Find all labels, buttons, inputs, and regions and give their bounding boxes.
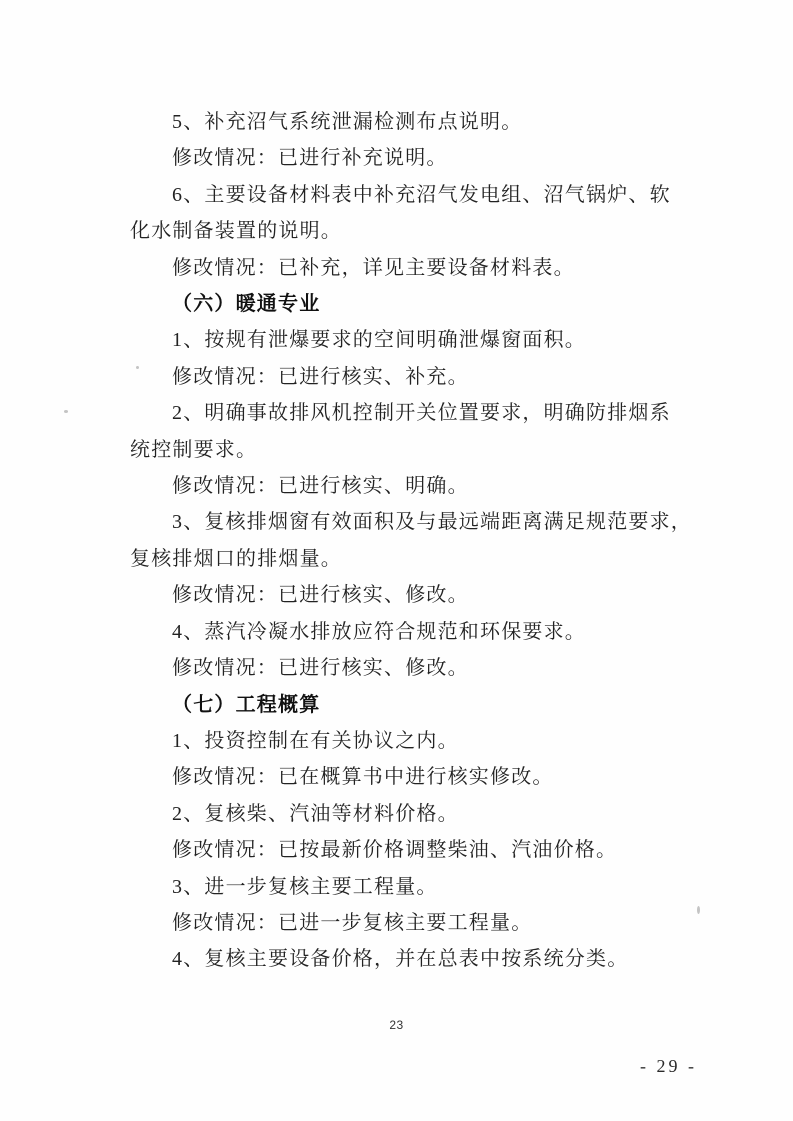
page-number-outer: - 29 - <box>640 1056 697 1077</box>
paragraph: 修改情况：已进行核实、明确。 <box>130 468 708 504</box>
page-number-inner: 23 <box>0 1018 793 1032</box>
paragraph: 2、明确事故排风机控制开关位置要求，明确防排烟系 统控制要求。 <box>130 395 708 468</box>
paragraph: 修改情况：已按最新价格调整柴油、汽油价格。 <box>130 832 708 868</box>
paragraph: 5、补充沼气系统泄漏检测布点说明。 <box>130 104 708 140</box>
paragraph: 修改情况：已进行核实、修改。 <box>130 577 708 613</box>
paragraph: 修改情况：已进行核实、补充。 <box>130 359 708 395</box>
paragraph: （六）暖通专业 <box>130 286 708 322</box>
paragraph: 4、蒸汽冷凝水排放应符合规范和环保要求。 <box>130 614 708 650</box>
paragraph: 1、投资控制在有关协议之内。 <box>130 723 708 759</box>
paragraph: 1、按规有泄爆要求的空间明确泄爆窗面积。 <box>130 322 708 358</box>
paragraph: 3、进一步复核主要工程量。 <box>130 869 708 905</box>
document-body: 5、补充沼气系统泄漏检测布点说明。修改情况：已进行补充说明。6、主要设备材料表中… <box>130 104 708 978</box>
document-page: 5、补充沼气系统泄漏检测布点说明。修改情况：已进行补充说明。6、主要设备材料表中… <box>0 0 793 1121</box>
scan-speck <box>64 410 68 413</box>
paragraph: （七）工程概算 <box>130 687 708 723</box>
paragraph: 修改情况：已补充，详见主要设备材料表。 <box>130 250 708 286</box>
scan-speck <box>136 366 139 369</box>
paragraph: 修改情况：已进行核实、修改。 <box>130 650 708 686</box>
scan-speck <box>697 906 700 914</box>
paragraph: 4、复核主要设备价格，并在总表中按系统分类。 <box>130 941 708 977</box>
paragraph: 修改情况：已在概算书中进行核实修改。 <box>130 759 708 795</box>
paragraph: 3、复核排烟窗有效面积及与最远端距离满足规范要求， 复核排烟口的排烟量。 <box>130 504 708 577</box>
paragraph: 6、主要设备材料表中补充沼气发电组、沼气锅炉、软 化水制备装置的说明。 <box>130 177 708 250</box>
paragraph: 2、复核柴、汽油等材料价格。 <box>130 796 708 832</box>
paragraph: 修改情况：已进行补充说明。 <box>130 140 708 176</box>
paragraph: 修改情况：已进一步复核主要工程量。 <box>130 905 708 941</box>
